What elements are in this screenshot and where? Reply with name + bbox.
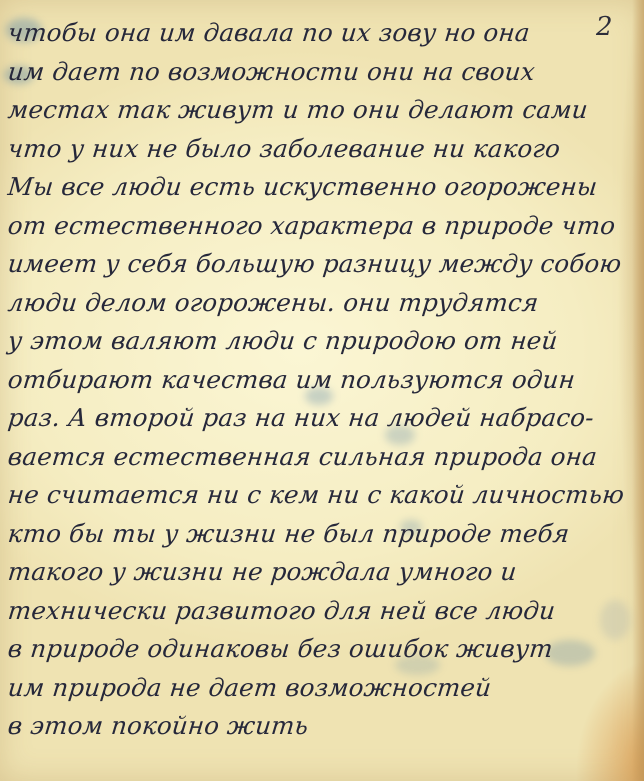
text-line: Мы все люди есть искуственно огорожены xyxy=(6,168,610,207)
text-line: чтобы она им давала по их зову но она xyxy=(6,14,610,53)
handwritten-text: чтобы она им давала по их зову но она им… xyxy=(8,14,608,746)
text-line: раз. А второй раз на них на людей набрас… xyxy=(6,399,610,438)
text-line: технически развитого для ней все люди xyxy=(6,592,610,631)
text-line: в этом покойно жить xyxy=(6,707,610,746)
text-line: такого у жизни не рождала умного и xyxy=(6,553,610,592)
text-line: местах так живут и то они делают сами xyxy=(6,91,610,130)
text-line: в природе одинаковы без ошибок живут xyxy=(6,630,610,669)
text-line: люди делом огорожены. они трудятся xyxy=(6,284,610,323)
text-line: у этом валяют люди с природою от ней xyxy=(6,322,610,361)
text-line: кто бы ты у жизни не был природе тебя xyxy=(6,515,610,554)
text-line: вается естественная сильная природа она xyxy=(6,438,610,477)
text-line: отбирают качества им пользуются один xyxy=(6,361,610,400)
text-line: не считается ни с кем ни с какой личност… xyxy=(6,476,610,515)
text-line: им дает по возможности они на своих xyxy=(6,53,610,92)
text-line: имеет у себя большую разницу между собою xyxy=(6,245,610,284)
text-line: что у них не было заболевание ни какого xyxy=(6,130,610,169)
page-edge-shadow xyxy=(632,0,644,781)
text-line: им природа не дает возможностей xyxy=(6,669,610,708)
notebook-page: 2 чтобы она им давала по их зову но она … xyxy=(0,0,644,781)
text-line: от естественного характера в природе что xyxy=(6,207,610,246)
